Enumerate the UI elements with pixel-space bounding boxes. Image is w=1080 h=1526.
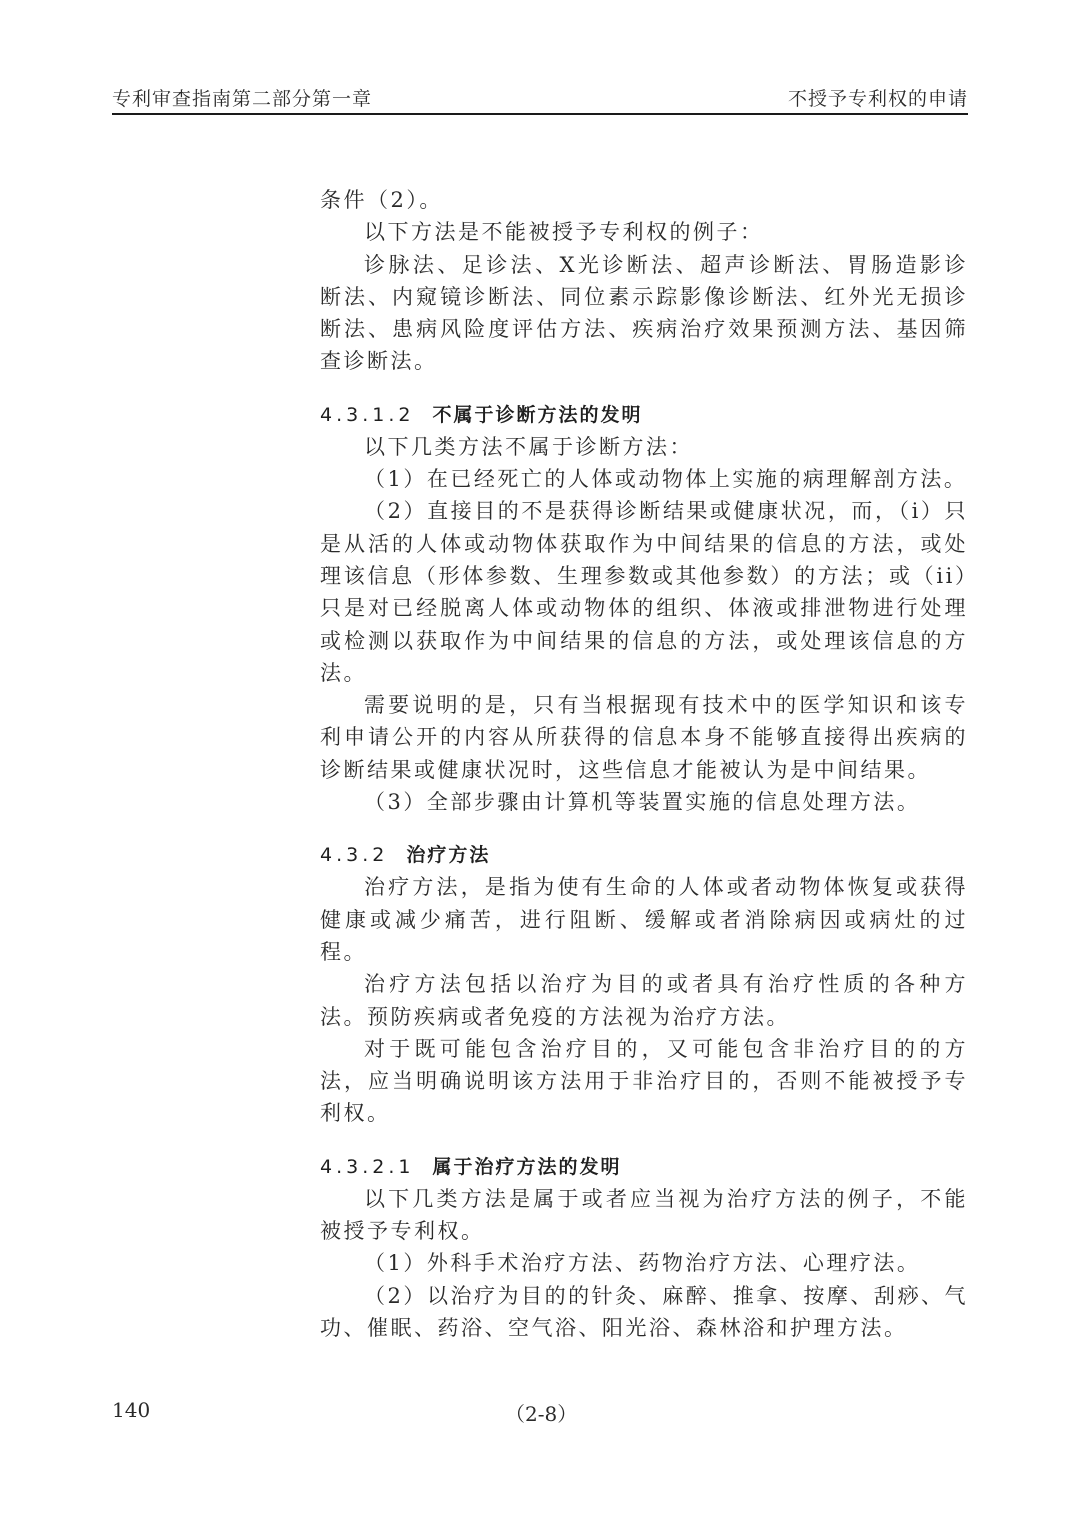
header-section-title: 不授予专利权的申请 (788, 84, 968, 111)
section-heading-4-3-2-1: 4.3.2.1属于治疗方法的发明 (320, 1151, 968, 1183)
section-heading-4-3-2: 4.3.2治疗方法 (320, 839, 968, 871)
paragraph: 治疗方法包括以治疗为目的或者具有治疗性质的各种方法。预防疾病或者免疫的方法视为治… (320, 968, 968, 1033)
header-chapter-title: 专利审查指南第二部分第一章 (112, 84, 372, 111)
paragraph: 以下几类方法是属于或者应当视为治疗方法的例子，不能被授予专利权。 (320, 1183, 968, 1248)
paragraph: 对于既可能包含治疗目的，又可能包含非治疗目的的方法，应当明确说明该方法用于非治疗… (320, 1033, 968, 1130)
section-heading-4-3-1-2: 4.3.1.2不属于诊断方法的发明 (320, 399, 968, 431)
list-item: （2）以治疗为目的的针灸、麻醉、推拿、按摩、刮痧、气功、催眠、药浴、空气浴、阳光… (320, 1280, 968, 1345)
paragraph: 以下方法是不能被授予专利权的例子： (320, 216, 968, 248)
running-header: 专利审查指南第二部分第一章 不授予专利权的申请 (112, 84, 968, 110)
paragraph: 治疗方法，是指为使有生命的人体或者动物体恢复或获得健康或减少痛苦，进行阻断、缓解… (320, 871, 968, 968)
paragraph: 条件（2）。 (320, 184, 968, 216)
section-number: 4.3.2.1 (320, 1156, 414, 1178)
paragraph-diagnosis-examples: 诊脉法、足诊法、X光诊断法、超声诊断法、胃肠造影诊断法、内窥镜诊断法、同位素示踪… (320, 249, 968, 378)
section-title: 治疗方法 (406, 844, 490, 866)
page-body: 条件（2）。 以下方法是不能被授予专利权的例子： 诊脉法、足诊法、X光诊断法、超… (320, 184, 968, 1344)
list-item: （2）直接目的不是获得诊断结果或健康状况，而，（i）只是从活的人体或动物体获取作… (320, 495, 968, 689)
list-item: （3）全部步骤由计算机等装置实施的信息处理方法。 (320, 786, 968, 818)
header-rule (112, 113, 968, 115)
paragraph: 以下几类方法不属于诊断方法： (320, 431, 968, 463)
section-page-label: （2-8） (505, 1398, 577, 1427)
section-number: 4.3.1.2 (320, 404, 414, 426)
paragraph-note: 需要说明的是，只有当根据现有技术中的医学知识和该专利申请公开的内容从所获得的信息… (320, 689, 968, 786)
section-title: 不属于诊断方法的发明 (432, 404, 642, 426)
list-item: （1）在已经死亡的人体或动物体上实施的病理解剖方法。 (320, 463, 968, 495)
section-number: 4.3.2 (320, 844, 388, 866)
list-item: （1）外科手术治疗方法、药物治疗方法、心理疗法。 (320, 1247, 968, 1279)
page-number: 140 (112, 1398, 150, 1422)
section-title: 属于治疗方法的发明 (432, 1156, 621, 1178)
